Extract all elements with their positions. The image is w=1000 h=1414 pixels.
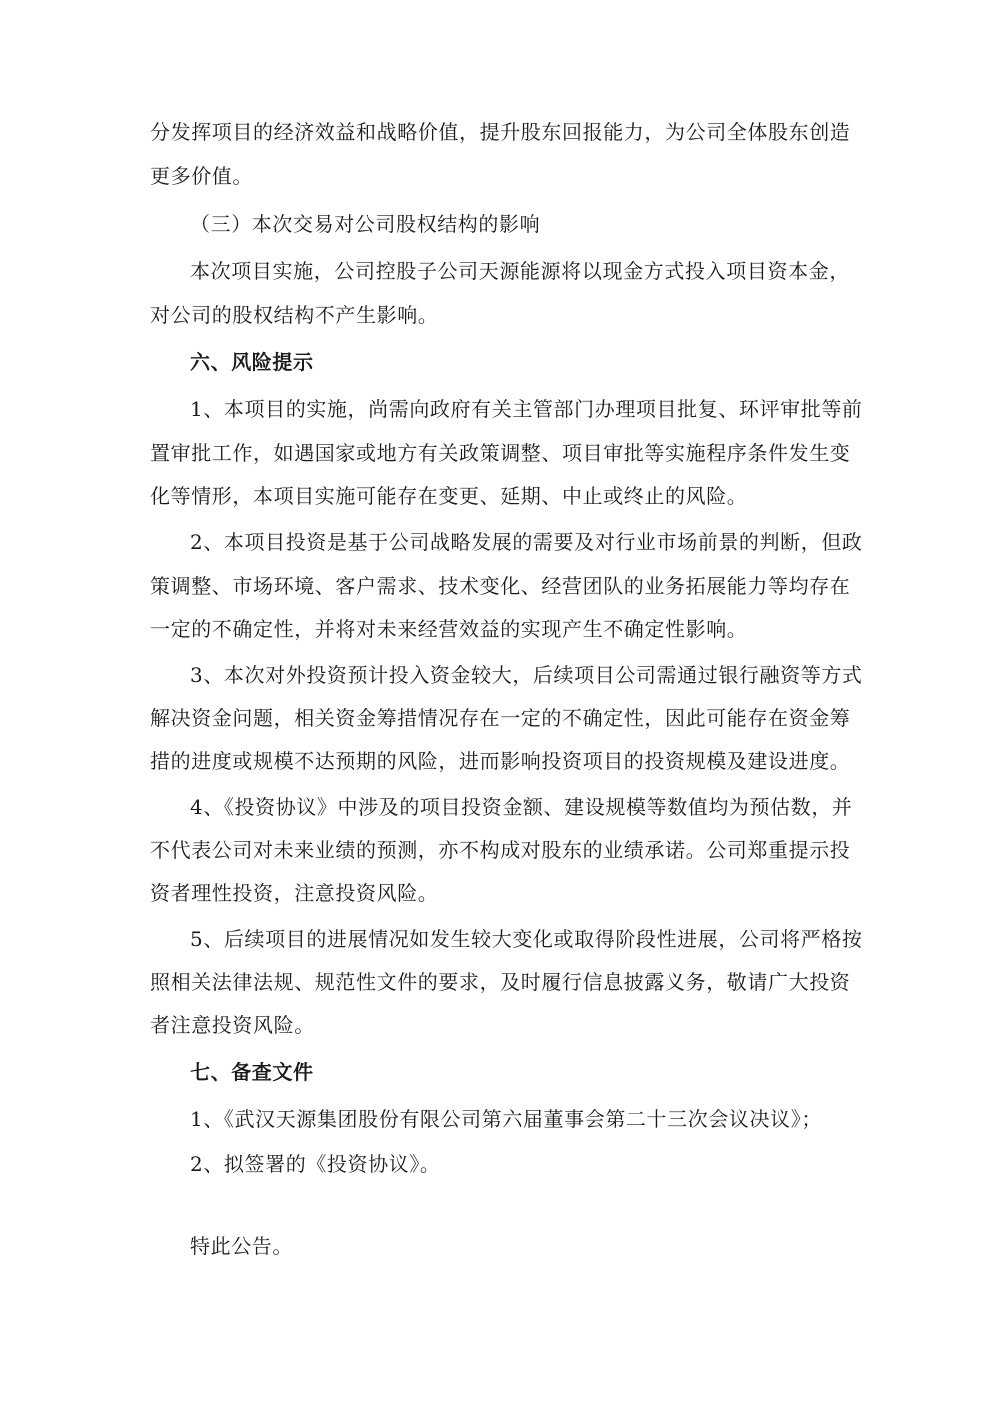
risk-2-line-1: 2、本项目投资是基于公司战略发展的需要及对行业市场前景的判断，但政 <box>190 528 850 556</box>
subsection-3-line-2: 对公司的股权结构不产生影响。 <box>150 301 850 329</box>
risk-4-line-1: 4、《投资协议》中涉及的项目投资金额、建设规模等数值均为预估数，并 <box>190 793 850 821</box>
intro-line-1: 分发挥项目的经济效益和战略价值，提升股东回报能力，为公司全体股东创造 <box>150 118 850 146</box>
risk-5-line-1: 5、后续项目的进展情况如发生较大变化或取得阶段性进展，公司将严格按 <box>190 925 850 953</box>
risk-3-line-3: 措的进度或规模不达预期的风险，进而影响投资项目的投资规模及建设进度。 <box>150 747 850 775</box>
risk-3-line-1: 3、本次对外投资预计投入资金较大，后续项目公司需通过银行融资等方式 <box>190 661 850 689</box>
intro-line-2: 更多价值。 <box>150 162 850 190</box>
subsection-3-line-1: 本次项目实施，公司控股子公司天源能源将以现金方式投入项目资本金， <box>190 257 850 285</box>
risk-1-line-2: 置审批工作，如遇国家或地方有关政策调整、项目审批等实施程序条件发生变 <box>150 439 850 467</box>
reference-doc-2: 2、拟签署的《投资协议》。 <box>190 1150 890 1178</box>
section-6-title: 六、风险提示 <box>190 348 890 376</box>
risk-2-line-3: 一定的不确定性，并将对未来经营效益的实现产生不确定性影响。 <box>150 615 850 643</box>
risk-4-line-3: 资者理性投资，注意投资风险。 <box>150 879 850 907</box>
document-page: 分发挥项目的经济效益和战略价值，提升股东回报能力，为公司全体股东创造 更多价值。… <box>0 0 1000 1414</box>
risk-4-line-2: 不代表公司对未来业绩的预测，亦不构成对股东的业绩承诺。公司郑重提示投 <box>150 836 850 864</box>
risk-5-line-2: 照相关法律法规、规范性文件的要求，及时履行信息披露义务，敬请广大投资 <box>150 968 850 996</box>
reference-doc-1: 1、《武汉天源集团股份有限公司第六届董事会第二十三次会议决议》； <box>190 1105 890 1133</box>
risk-1-line-1: 1、本项目的实施，尚需向政府有关主管部门办理项目批复、环评审批等前 <box>190 395 850 423</box>
risk-5-line-3: 者注意投资风险。 <box>150 1011 850 1039</box>
risk-3-line-2: 解决资金问题，相关资金筹措情况存在一定的不确定性，因此可能存在资金筹 <box>150 704 850 732</box>
risk-1-line-3: 化等情形，本项目实施可能存在变更、延期、中止或终止的风险。 <box>150 482 850 510</box>
section-7-title: 七、备查文件 <box>190 1058 890 1086</box>
closing-statement: 特此公告。 <box>190 1232 890 1260</box>
subsection-3-title: （三）本次交易对公司股权结构的影响 <box>190 210 890 238</box>
risk-2-line-2: 策调整、市场环境、客户需求、技术变化、经营团队的业务拓展能力等均存在 <box>150 572 850 600</box>
